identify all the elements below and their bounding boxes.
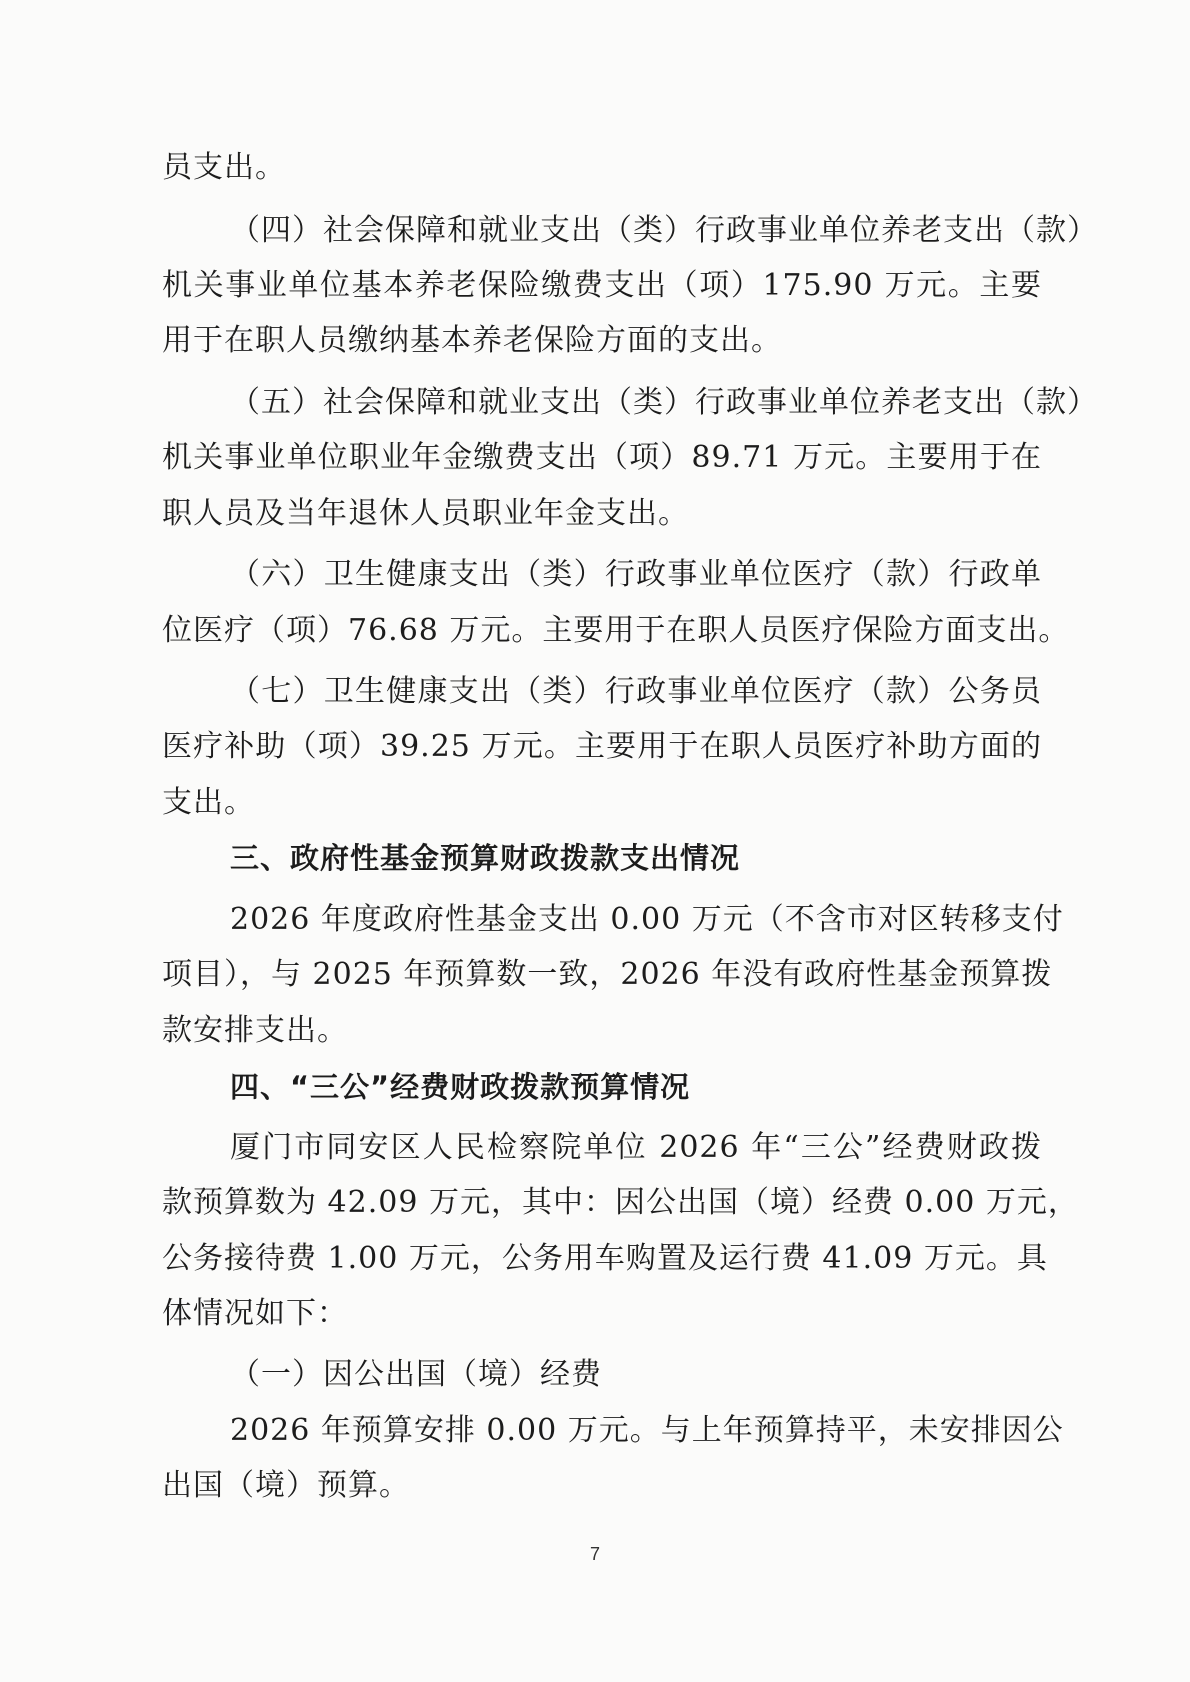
paragraph-line: 体情况如下： xyxy=(162,1294,1042,1334)
paragraph-line: 机关事业单位职业年金缴费支出（项）89.71 万元。主要用于在 xyxy=(162,438,1042,478)
paragraph-line: （六）卫生健康支出（类）行政事业单位医疗（款）行政单 xyxy=(230,555,1042,595)
paragraph-line: 款预算数为 42.09 万元，其中：因公出国（境）经费 0.00 万元， xyxy=(162,1183,1042,1223)
document-page: 员支出。 （四）社会保障和就业支出（类）行政事业单位养老支出（款） 机关事业单位… xyxy=(0,0,1190,1682)
paragraph-line: 项目），与 2025 年预算数一致，2026 年没有政府性基金预算拨 xyxy=(162,955,1042,995)
section-heading-government-fund: 三、政府性基金预算财政拨款支出情况 xyxy=(230,838,1042,878)
section-heading-three-public: 四、“三公”经费财政拨款预算情况 xyxy=(230,1067,1042,1107)
paragraph-line: 员支出。 xyxy=(162,148,1042,188)
paragraph-line: （七）卫生健康支出（类）行政事业单位医疗（款）公务员 xyxy=(230,672,1042,712)
paragraph-line: 款安排支出。 xyxy=(162,1011,1042,1051)
subsection-heading-overseas: （一）因公出国（境）经费 xyxy=(230,1355,1042,1395)
paragraph-line: 公务接待费 1.00 万元，公务用车购置及运行费 41.09 万元。具 xyxy=(162,1239,1042,1279)
paragraph-line: 医疗补助（项）39.25 万元。主要用于在职人员医疗补助方面的 xyxy=(162,727,1042,767)
paragraph-line: 厦门市同安区人民检察院单位 2026 年“三公”经费财政拨 xyxy=(230,1128,1042,1168)
paragraph-line: （五）社会保障和就业支出（类）行政事业单位养老支出（款） xyxy=(230,383,1042,423)
paragraph-line: （四）社会保障和就业支出（类）行政事业单位养老支出（款） xyxy=(230,211,1042,251)
paragraph-line: 机关事业单位基本养老保险缴费支出（项）175.90 万元。主要 xyxy=(162,266,1042,306)
paragraph-line: 职人员及当年退休人员职业年金支出。 xyxy=(162,494,1042,534)
paragraph-line: 位医疗（项）76.68 万元。主要用于在职人员医疗保险方面支出。 xyxy=(162,611,1042,651)
paragraph-line: 2026 年度政府性基金支出 0.00 万元（不含市对区转移支付 xyxy=(230,900,1042,940)
paragraph-line: 用于在职人员缴纳基本养老保险方面的支出。 xyxy=(162,321,1042,361)
paragraph-line: 出国（境）预算。 xyxy=(162,1466,1042,1506)
paragraph-line: 2026 年预算安排 0.00 万元。与上年预算持平，未安排因公 xyxy=(230,1411,1042,1451)
page-number: 7 xyxy=(0,1544,1190,1565)
paragraph-line: 支出。 xyxy=(162,783,1042,823)
